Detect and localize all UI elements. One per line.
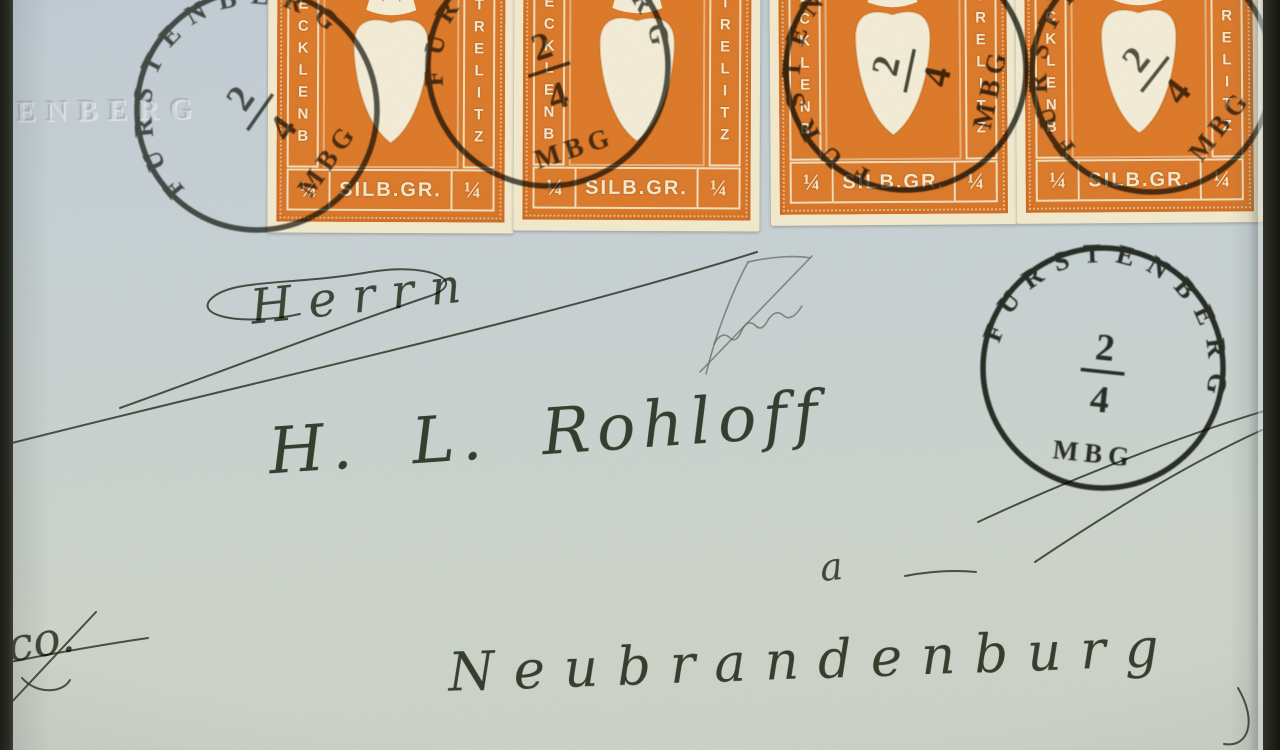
address-name: H. L. Rohloff [266,377,827,490]
postmark-town: FURSTENBERG [751,0,961,202]
cover-photo: ENBERG MECKLENB STRELITZ ¼ SILB.GR. ¼ ME… [0,0,1280,750]
postmark-town: FURSTENBERG [385,0,682,133]
expert-pencil-mark [706,262,748,374]
postmark: FURSTENBERG 2 4 MBG [949,214,1257,522]
postmark-abbreviation: MBG [1051,434,1136,472]
postmark-month: 4 [915,63,960,90]
stamp-corner-value: ¼ [696,167,740,209]
postmark-month: 4 [542,74,573,120]
postmark-month: 4 [261,109,306,149]
address-preposition: a [818,544,845,590]
postmark-ring [90,0,424,277]
expert-pencil-mark [714,306,802,344]
paper-fold-shadow [1248,0,1258,750]
scan-edge-left [0,0,13,750]
expert-pencil-mark [700,256,812,372]
flourish-stroke [905,571,976,576]
flourish-stroke [1224,688,1249,744]
postmark-abbreviation: MBG [531,121,619,175]
postmark-abbreviation: MBG [291,117,363,202]
postmark-day: 2 [1093,326,1116,370]
postmark-day: 2 [1114,39,1159,80]
postmark-day: 2 [864,52,909,79]
scan-edge-right [1263,0,1280,750]
expert-pencil-mark [748,257,810,262]
postmark-day: 2 [526,24,557,70]
postmark-month: 4 [1155,71,1200,112]
postmark-day: 2 [218,79,263,119]
address-city: Neubrandenburg [447,617,1178,703]
postmark-month: 4 [1088,378,1111,422]
flourish-stroke [22,678,70,690]
